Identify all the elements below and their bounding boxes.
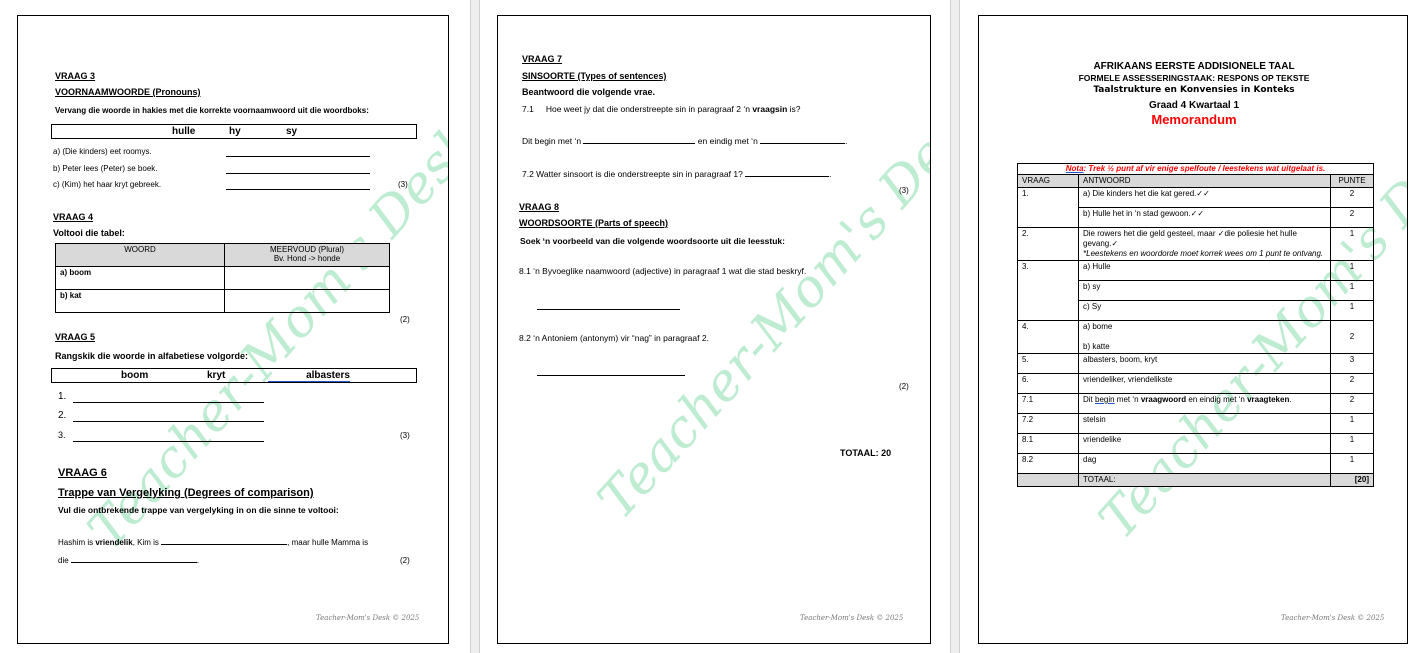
header-line: MEERVOUD (Plural) [270,245,344,254]
points: 2 [1331,394,1374,414]
question-number: 6. [1018,374,1079,394]
question-number: 7.2 [1018,414,1079,434]
question-number: 1. [1018,188,1079,228]
q81-question: 8.1 ‘n Byvoeglike naamwoord (adjective) … [519,266,806,276]
answer: stelsin [1079,414,1331,434]
answer-line[interactable] [71,562,197,563]
answer: c) Sy [1079,301,1331,321]
q4-table: WOORD MEERVOUD (Plural)Bv. Hond -> honde… [55,243,390,313]
footer: Teacher-Mom's Desk © 2025 [800,614,903,622]
col-header: PUNTE [1331,175,1374,188]
text: , maar hulle Mamma is [287,538,368,547]
text: . [829,169,831,179]
note-label: Nota [1066,164,1084,173]
bold-word: vraagteken [1247,395,1289,404]
heading-task: FORMELE ASSESSERINGSTAAK: RESPONS OP TEK… [979,73,1408,83]
answer-line[interactable] [537,375,685,376]
q5-marks: (3) [400,431,410,440]
q7-subtitle: SINSOORTE (Types of sentences) [522,71,666,81]
bold-word: vriendelik [95,538,132,547]
col-header-meervoud: MEERVOUD (Plural)Bv. Hond -> honde [225,244,390,267]
text: Dit [1083,395,1095,404]
answer-line[interactable] [537,309,680,310]
answer-line[interactable] [73,421,264,422]
footer: Teacher-Mom's Desk © 2025 [1281,614,1384,622]
answer: dag [1079,454,1331,474]
question-number: 3. [1018,261,1079,321]
q3-item-a: a) (Die kinders) eet roomys. [53,147,152,156]
q6-sentence-line2: die . [58,556,199,565]
points: 3 [1331,354,1374,374]
word: sy [286,126,297,137]
empty-cell [1018,474,1079,487]
answer: a) bomeb) katte [1079,321,1331,354]
question-number: 8.1 [1018,434,1079,454]
header-line: Bv. Hond -> honde [274,254,340,263]
text: Dit begin met ‘n [522,136,583,146]
q5-title: VRAAG 5 [55,332,95,342]
answer: Die rowers het die geld gesteel, maar ✓d… [1079,228,1331,261]
note-text: : Trek ½ punt af vir enige spelfoute / l… [1084,164,1326,173]
q3-item-c: c) (Kim) het haar kryt gebreek. [53,180,161,189]
text: begin [1095,395,1115,404]
points: 1 [1331,261,1374,281]
heading-topic: Taalstrukture en Konvensies in Konteks [979,85,1408,95]
heading-grade: Graad 4 Kwartaal 1 [979,100,1408,111]
list-number: 2. [58,410,66,421]
q8-subtitle: WOORDSOORTE (Parts of speech) [519,218,668,228]
q4-title: VRAAG 4 [53,212,93,222]
q3-title: VRAAG 3 [55,71,95,81]
q3-instruction: Vervang die woorde in hakies met die kor… [55,106,369,115]
answer-text: a) bome [1083,322,1112,331]
memo-table: Nota: Trek ½ punt af vir enige spelfoute… [1017,163,1374,487]
answer: a) Die kinders het die kat gered.✓✓ [1079,188,1331,208]
footer: Teacher-Mom's Desk © 2025 [316,614,419,622]
q6-subtitle: Trappe van Vergelyking (Degrees of compa… [58,487,314,499]
answer-text: Die rowers het die geld gesteel, maar ✓d… [1083,229,1297,248]
q5-instruction: Rangskik die woorde in alfabetiese volgo… [55,351,248,361]
q82-question: 8.2 ‘n Antoniem (antonym) vir “nag” in p… [519,333,709,343]
answer: a) Hulle [1079,261,1331,281]
points: 2 [1331,374,1374,394]
text: . [197,556,199,565]
table-row: b) kat [56,290,225,313]
points: 1 [1331,281,1374,301]
question-number: 4. [1018,321,1079,354]
points: 1 [1331,434,1374,454]
total-label: TOTAAL: [1079,474,1331,487]
heading-memorandum: Memorandum [979,112,1408,127]
col-header: ANTWOORD [1079,175,1331,188]
answer: vriendelike [1079,434,1331,454]
answer: vriendeliker, vriendelikste [1079,374,1331,394]
list-number: 3. [58,430,66,440]
question-number: 7.1 [522,104,534,114]
col-header: VRAAG [1018,175,1079,188]
text: Hoe weet jy dat die onderstreepte sin in… [546,104,753,114]
q7-title: VRAAG 7 [522,54,562,64]
q3-marks: (3) [398,180,408,189]
q6-sentence-line1: Hashim is vriendelik, Kim is , maar hull… [58,538,368,547]
q72-question: 7.2 Watter sinsoort is die onderstreepte… [522,169,832,179]
bold-word: vraagsin [752,104,787,114]
text: . [1289,395,1291,404]
text: die [58,556,71,565]
bold-word: vraagwoord [1141,395,1186,404]
text: 7.2 Watter sinsoort is die onderstreepte… [522,169,745,179]
word: albasters [268,370,350,382]
points: 1 [1331,228,1374,261]
word: boom [121,370,148,381]
page-3: Teacher-Mom's Desk AFRIKAANS EERSTE ADDI… [978,15,1408,644]
q8-title: VRAAG 8 [519,202,559,212]
answer-line[interactable] [745,176,829,177]
answer: b) Hulle het in ‘n stad gewoon.✓✓ [1079,208,1331,228]
question-number: 7.1 [1018,394,1079,414]
answer: b) sy [1079,281,1331,301]
text: . [845,136,847,146]
answer-cell[interactable] [225,290,390,313]
word: kryt [207,370,225,381]
word: hy [229,126,241,137]
answer: albasters, boom, kryt [1079,354,1331,374]
q8-marks: (2) [899,382,909,391]
answer-cell[interactable] [225,267,390,290]
memo-note: Nota: Trek ½ punt af vir enige spelfoute… [1018,164,1374,175]
question-number: 5. [1018,354,1079,374]
page-separator [470,0,480,653]
total: TOTAAL: 20 [840,448,891,458]
answer-note: *Leestekens en woordorde moet korrek wee… [1083,249,1323,258]
answer-text: b) katte [1083,342,1110,351]
answer-line[interactable] [73,441,264,442]
q8-instruction: Soek ‘n voorbeeld van die volgende woord… [520,236,785,246]
q6-title: VRAAG 6 [58,467,107,479]
q7-marks: (3) [899,186,909,195]
question-number: 8.2 [1018,454,1079,474]
q4-marks: (2) [400,315,410,324]
answer-line[interactable] [760,143,845,144]
text: Hashim is [58,538,95,547]
answer: Dit begin met ‘n vraagwoord en eindig me… [1079,394,1331,414]
points: 1 [1331,454,1374,474]
text: en eindig met ‘n [1186,395,1247,404]
watermark: Teacher-Mom's Desk [587,81,931,530]
answer-line[interactable] [161,544,287,545]
answer-line[interactable] [226,189,370,190]
points: 1 [1331,301,1374,321]
word: hulle [172,126,195,137]
points: 2 [1331,321,1374,354]
q71-answer: Dit begin met ‘n en eindig met ‘n . [522,136,848,146]
heading-subject: AFRIKAANS EERSTE ADDISIONELE TAAL [979,61,1408,72]
q6-instruction: Vul die ontbrekende trappe van vergelyki… [58,505,339,515]
text: , Kim is [133,538,161,547]
q6-marks: (2) [400,556,410,565]
points: 2 [1331,208,1374,228]
answer-line[interactable] [73,402,264,403]
page-separator [950,0,960,653]
question-number: 2. [1018,228,1079,261]
col-header-woord: WOORD [56,244,225,267]
q3-wordbox: hulle hy sy [51,124,417,139]
answer-line[interactable] [226,173,370,174]
text: en eindig met ‘n [695,136,760,146]
text: met ‘n [1115,395,1141,404]
points: 1 [1331,414,1374,434]
q5-wordbox: boom kryt albasters [51,368,417,383]
total-value: [20] [1331,474,1374,487]
list-number: 1. [58,391,66,402]
points: 2 [1331,188,1374,208]
table-row: a) boom [56,267,225,290]
text: is? [787,104,800,114]
q3-subtitle: VOORNAAMWOORDE (Pronouns) [55,87,201,97]
q4-instruction: Voltooi die tabel: [53,228,125,238]
q7-instruction: Beantwoord die volgende vrae. [522,87,655,97]
answer-line[interactable] [226,156,370,157]
q3-item-b: b) Peter lees (Peter) se boek. [53,164,158,173]
page-1: Teacher-Mom's Desk VRAAG 3 VOORNAAMWOORD… [17,15,449,644]
page-2: Teacher-Mom's Desk VRAAG 7 SINSOORTE (Ty… [497,15,931,644]
q71-question: 7.1Hoe weet jy dat die onderstreepte sin… [522,104,801,114]
answer-line[interactable] [583,143,695,144]
